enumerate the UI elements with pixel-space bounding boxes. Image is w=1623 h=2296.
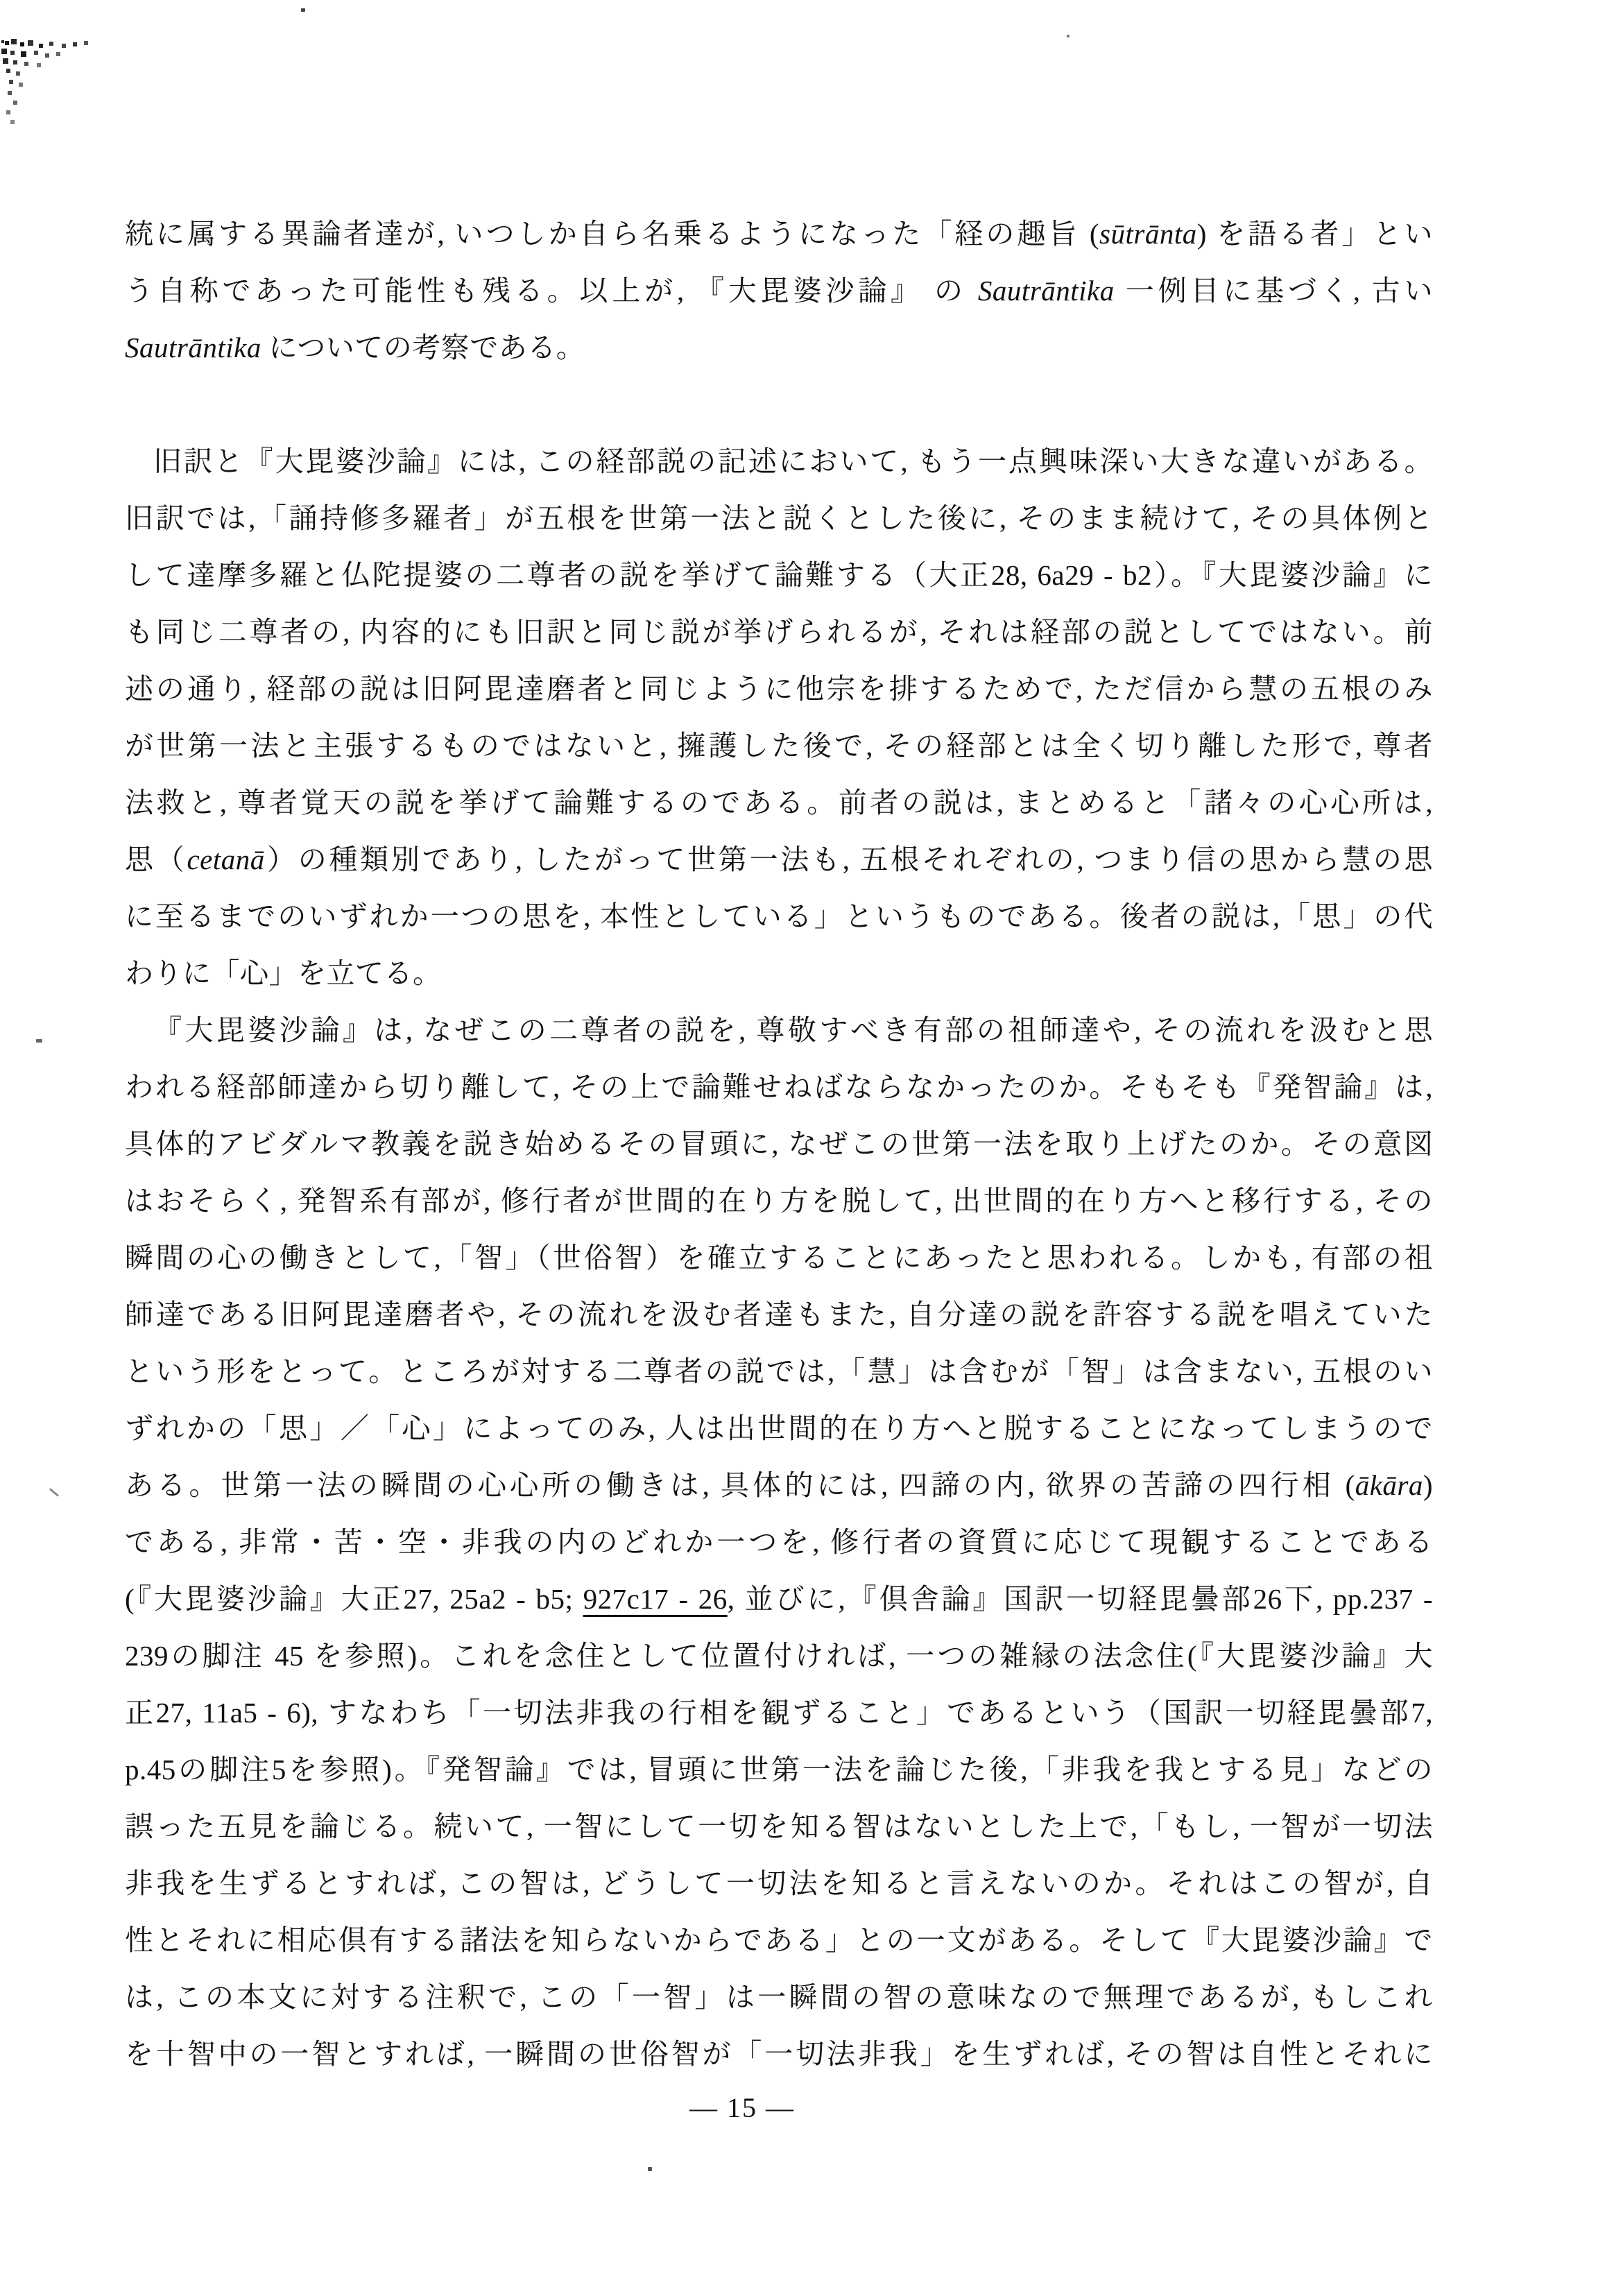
text-segment: ずれかの「思」／「心」によってのみ, 人は出世間的在り方へと脱することになってし…: [125, 1412, 1433, 1444]
scan-speck-artifact: [1067, 35, 1070, 37]
text-line: が世第一法と主張するものではないと, 擁護した後で, その経部とは全く切り離した…: [125, 717, 1433, 774]
text-line: して達摩多羅と仏陀提婆の二尊者の説を挙げて論難する（大正28, 6a29 - b…: [125, 547, 1433, 603]
text-line: p.45の脚注5を参照)。『発智論』では, 冒頭に世第一法を論じた後,「非我を我…: [125, 1741, 1433, 1798]
text-segment: 誤った五見を論じる。続いて, 一智にして一切を知る智はないとした上で,「もし, …: [125, 1810, 1433, 1842]
text-segment: ) を語る者」とい: [1197, 218, 1433, 250]
text-line: Sautrāntika についての考察である。: [125, 319, 1433, 376]
text-segment: も同じ二尊者の, 内容的にも旧訳と同じ説が挙げられるが, それは経部の説としてで…: [125, 616, 1433, 648]
text-segment: ）の種類別であり, したがって世第一法も, 五根それぞれの, つまり信の思から慧…: [265, 843, 1433, 875]
scan-speck-artifact: [301, 8, 305, 12]
text-line: 性とそれに相応倶有する諸法を知らないからである」との一文がある。そして『大毘婆沙…: [125, 1912, 1433, 1969]
text-segment: わりに「心」を立てる。: [125, 957, 442, 989]
paragraph: 統に属する異論者達が, いつしか自ら名乗るようになった「経の趣旨 (sūtrān…: [125, 205, 1433, 376]
text-segment: 思（: [125, 843, 187, 875]
text-segment: ): [1423, 1469, 1433, 1501]
body-text: 統に属する異論者達が, いつしか自ら名乗るようになった「経の趣旨 (sūtrān…: [125, 205, 1433, 2082]
text-line: 具体的アビダルマ教義を説き始めるその冒頭に, なぜこの世第一法を取り上げたのか。…: [125, 1115, 1433, 1172]
text-line: 旧訳と『大毘婆沙論』には, この経部説の記述において, もう一点興味深い大きな違…: [125, 433, 1433, 490]
text-line: 旧訳では,「誦持修多羅者」が五根を世第一法と説くとした後に, そのまま続けて, …: [125, 490, 1433, 547]
scan-speck-artifact: [648, 2167, 652, 2171]
text-segment: して達摩多羅と仏陀提婆の二尊者の説を挙げて論難する（大正28, 6a29 - b…: [125, 559, 1433, 591]
text-segment: Sautrāntika: [125, 332, 261, 363]
paragraph: 『大毘婆沙論』は, なぜこの二尊者の説を, 尊敬すべき有部の祖師達や, その流れ…: [125, 1002, 1433, 2082]
text-segment: われる経部師達から切り離して, その上で論難せねばならなかったのか。そもそも『発…: [125, 1071, 1433, 1103]
paragraph: 旧訳と『大毘婆沙論』には, この経部説の記述において, もう一点興味深い大きな違…: [125, 433, 1433, 1002]
text-segment: は, この本文に対する注釈で, この「一智」は一瞬間の智の意味なので無理であるが…: [125, 1981, 1433, 2013]
text-segment: 法救と, 尊者覚天の説を挙げて論難するのである。前者の説は, まとめると「諸々の…: [125, 787, 1433, 819]
text-segment: sūtrānta: [1099, 218, 1197, 250]
text-line: (『大毘婆沙論』大正27, 25a2 - b5; 927c17 - 26, 並び…: [125, 1570, 1433, 1627]
text-line: は, この本文に対する注釈で, この「一智」は一瞬間の智の意味なので無理であるが…: [125, 1969, 1433, 2025]
text-segment: cetanā: [187, 843, 264, 875]
text-segment: 師達である旧阿毘達磨者や, その流れを汲む者達もまた, 自分達の説を許容する説を…: [125, 1299, 1433, 1330]
text-line: 師達である旧阿毘達磨者や, その流れを汲む者達もまた, 自分達の説を許容する説を…: [125, 1286, 1433, 1343]
text-line: である, 非常・苦・空・非我の内のどれか一つを, 修行者の資質に応じて現観するこ…: [125, 1514, 1433, 1570]
text-line: 思（cetanā）の種類別であり, したがって世第一法も, 五根それぞれの, つ…: [125, 831, 1433, 888]
scan-speck-artifact: [49, 1488, 59, 1497]
text-line: 瞬間の心の働きとして,「智」（世俗智）を確立することにあったと思われる。しかも,…: [125, 1229, 1433, 1286]
text-line: わりに「心」を立てる。: [125, 945, 1433, 1002]
text-line: 非我を生ずるとすれば, この智は, どうして一切法を知ると言えないのか。それはこ…: [125, 1855, 1433, 1912]
text-segment: についての考察である。: [261, 332, 585, 363]
text-segment: 非我を生ずるとすれば, この智は, どうして一切法を知ると言えないのか。それはこ…: [125, 1867, 1433, 1899]
text-line: を十智中の一智とすれば, 一瞬間の世俗智が「一切法非我」を生ずれば, その智は自…: [125, 2025, 1433, 2082]
text-segment: (『大毘婆沙論』大正27, 25a2 - b5;: [125, 1583, 583, 1615]
text-segment: p.45の脚注5を参照)。『発智論』では, 冒頭に世第一法を論じた後,「非我を我…: [125, 1754, 1433, 1785]
text-line: ある。世第一法の瞬間の心心所の働きは, 具体的には, 四諦の内, 欲界の苦諦の四…: [125, 1457, 1433, 1514]
text-segment: である, 非常・苦・空・非我の内のどれか一つを, 修行者の資質に応じて現観するこ…: [125, 1526, 1433, 1558]
text-line: ずれかの「思」／「心」によってのみ, 人は出世間的在り方へと脱することになってし…: [125, 1400, 1433, 1457]
text-segment: 瞬間の心の働きとして,「智」（世俗智）を確立することにあったと思われる。しかも,…: [125, 1242, 1433, 1274]
text-segment: 統に属する異論者達が, いつしか自ら名乗るようになった「経の趣旨 (: [125, 218, 1099, 250]
text-line: 『大毘婆沙論』は, なぜこの二尊者の説を, 尊敬すべき有部の祖師達や, その流れ…: [125, 1002, 1433, 1059]
text-segment: 旧訳と『大毘婆沙論』には, この経部説の記述において, もう一点興味深い大きな違…: [153, 445, 1433, 477]
text-segment: 述の通り, 経部の説は旧阿毘達磨者と同じように他宗を排するためで, ただ信から慧…: [125, 673, 1433, 705]
text-line: という形をとって。ところが対する二尊者の説では,「慧」は含むが「智」は含まない,…: [125, 1343, 1433, 1400]
text-line: に至るまでのいずれか一つの思を, 本性としている」というものである。後者の説は,…: [125, 888, 1433, 945]
text-segment: 性とそれに相応倶有する諸法を知らないからである」との一文がある。そして『大毘婆沙…: [125, 1924, 1433, 1956]
text-segment: 239の脚注 45 を参照)。これを念住として位置付ければ, 一つの雑縁の法念住…: [125, 1640, 1433, 1672]
scan-noise-artifact: [1, 40, 4, 43]
scan-speck-artifact: [36, 1039, 42, 1043]
text-line: 述の通り, 経部の説は旧阿毘達磨者と同じように他宗を排するためで, ただ信から慧…: [125, 660, 1433, 717]
text-segment: , 並びに,『倶舎論』国訳一切経毘曇部26下, pp.237 -: [728, 1583, 1433, 1615]
text-segment: ある。世第一法の瞬間の心心所の働きは, 具体的には, 四諦の内, 欲界の苦諦の四…: [125, 1469, 1355, 1501]
text-segment: に至るまでのいずれか一つの思を, 本性としている」というものである。後者の説は,…: [125, 900, 1433, 932]
text-line: う自称であった可能性も残る。以上が, 『大毘婆沙論』 の Sautrāntika…: [125, 262, 1433, 319]
text-segment: 927c17 - 26: [583, 1583, 728, 1615]
text-line: 239の脚注 45 を参照)。これを念住として位置付ければ, 一つの雑縁の法念住…: [125, 1627, 1433, 1684]
text-segment: が世第一法と主張するものではないと, 擁護した後で, その経部とは全く切り離した…: [125, 730, 1433, 762]
text-segment: ākāra: [1355, 1469, 1423, 1501]
text-line: 誤った五見を論じる。続いて, 一智にして一切を知る智はないとした上で,「もし, …: [125, 1798, 1433, 1855]
page-number: — 15 —: [603, 2080, 881, 2136]
text-segment: という形をとって。ところが対する二尊者の説では,「慧」は含むが「智」は含まない,…: [125, 1355, 1433, 1387]
text-segment: Sautrāntika: [978, 275, 1115, 307]
text-segment: 『大毘婆沙論』は, なぜこの二尊者の説を, 尊敬すべき有部の祖師達や, その流れ…: [153, 1014, 1433, 1046]
text-line: われる経部師達から切り離して, その上で論難せねばならなかったのか。そもそも『発…: [125, 1059, 1433, 1115]
text-line: 正27, 11a5 - 6), すなわち「一切法非我の行相を観ずること」であると…: [125, 1684, 1433, 1741]
text-segment: 正27, 11a5 - 6), すなわち「一切法非我の行相を観ずること」であると…: [125, 1697, 1433, 1729]
text-segment: 具体的アビダルマ教義を説き始めるその冒頭に, なぜこの世第一法を取り上げたのか。…: [125, 1128, 1433, 1160]
text-segment: 一例目に基づく, 古い: [1115, 275, 1433, 307]
text-line: はおそらく, 発智系有部が, 修行者が世間的在り方を脱して, 出世間的在り方へと…: [125, 1172, 1433, 1229]
text-line: 統に属する異論者達が, いつしか自ら名乗るようになった「経の趣旨 (sūtrān…: [125, 205, 1433, 262]
text-segment: を十智中の一智とすれば, 一瞬間の世俗智が「一切法非我」を生ずれば, その智は自…: [125, 2038, 1433, 2070]
text-segment: 旧訳では,「誦持修多羅者」が五根を世第一法と説くとした後に, そのまま続けて, …: [125, 502, 1433, 534]
text-segment: う自称であった可能性も残る。以上が, 『大毘婆沙論』 の: [125, 275, 978, 307]
text-line: も同じ二尊者の, 内容的にも旧訳と同じ説が挙げられるが, それは経部の説としてで…: [125, 603, 1433, 660]
text-segment: はおそらく, 発智系有部が, 修行者が世間的在り方を脱して, 出世間的在り方へと…: [125, 1185, 1433, 1217]
text-line: 法救と, 尊者覚天の説を挙げて論難するのである。前者の説は, まとめると「諸々の…: [125, 774, 1433, 831]
